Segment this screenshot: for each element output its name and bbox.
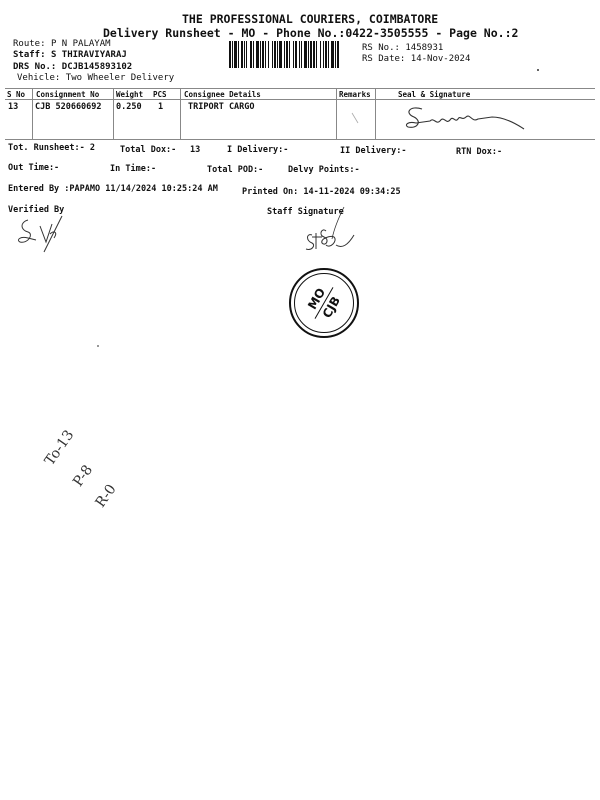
total-pod: Total POD:- bbox=[207, 165, 263, 175]
cell-pcs: 1 bbox=[158, 102, 163, 112]
rs-no-label: RS No.: bbox=[362, 43, 400, 53]
staff-signature bbox=[300, 205, 360, 261]
col-header-weight: Weight bbox=[116, 90, 143, 99]
col-divider bbox=[180, 89, 181, 139]
runsheet-table: S No Consignment No Weight PCS Consignee… bbox=[5, 88, 595, 140]
barcode-bar bbox=[337, 41, 339, 68]
company-title: THE PROFESSIONAL COURIERS, COIMBATORE bbox=[182, 12, 438, 26]
staff-label: Staff: bbox=[13, 50, 46, 60]
printed-on: Printed On: 14-11-2024 09:34:25 bbox=[242, 187, 401, 197]
staff-value: S THIRAVIYARAJ bbox=[51, 50, 127, 60]
note-line-2: P-8 bbox=[70, 462, 96, 489]
col-header-remarks: Remarks bbox=[339, 90, 371, 99]
delvy-points: Delvy Points:- bbox=[288, 165, 360, 175]
barcode bbox=[229, 41, 357, 68]
speck bbox=[97, 345, 99, 347]
i-delivery: I Delivery:- bbox=[227, 145, 288, 155]
handwritten-note: To-13 P-8 R-0 bbox=[30, 410, 160, 530]
rtn-dox: RTN Dox:- bbox=[456, 147, 502, 157]
col-divider bbox=[32, 89, 33, 139]
col-divider bbox=[113, 89, 114, 139]
runsheet-subtitle: Delivery Runsheet - MO - Phone No.:0422-… bbox=[103, 26, 518, 40]
note-line-1: To-13 bbox=[42, 427, 78, 468]
in-time: In Time:- bbox=[110, 164, 156, 174]
speck bbox=[537, 69, 539, 71]
route-info: Route: P N PALAYAM bbox=[13, 39, 111, 49]
staff-info: Staff: S THIRAVIYARAJ bbox=[13, 50, 127, 60]
entered-by: Entered By :PAPAMO 11/14/2024 10:25:24 A… bbox=[8, 184, 218, 194]
header-divider bbox=[5, 99, 595, 100]
cell-sno: 13 bbox=[8, 102, 18, 112]
rs-date-value: 14-Nov-2024 bbox=[411, 54, 471, 64]
rs-no-info: RS No.: 1458931 bbox=[362, 43, 443, 53]
ii-delivery: II Delivery:- bbox=[340, 146, 407, 156]
drs-label: DRS No.: bbox=[13, 62, 56, 72]
drs-info: DRS No.: DCJB145893102 bbox=[13, 62, 132, 72]
route-label: Route: bbox=[13, 39, 46, 49]
vehicle-info: Vehicle: Two Wheeler Delivery bbox=[17, 73, 174, 83]
rs-no-value: 1458931 bbox=[405, 43, 443, 53]
mo-cjb-stamp: MO CJB bbox=[289, 268, 359, 338]
rs-date-info: RS Date: 14-Nov-2024 bbox=[362, 54, 470, 64]
rs-date-label: RS Date: bbox=[362, 54, 405, 64]
col-header-consignee: Consignee Details bbox=[184, 90, 261, 99]
total-dox-value: 13 bbox=[190, 145, 200, 155]
cell-consignment: CJB 520660692 bbox=[35, 102, 102, 112]
col-header-signature: Seal & Signature bbox=[398, 90, 470, 99]
total-dox-label: Total Dox:- bbox=[120, 145, 176, 155]
col-divider bbox=[336, 89, 337, 139]
verified-by-signature bbox=[14, 212, 74, 258]
col-header-consignment: Consignment No bbox=[36, 90, 99, 99]
consignee-signature bbox=[400, 103, 530, 137]
route-value: P N PALAYAM bbox=[51, 39, 111, 49]
cell-consignee: TRIPORT CARGO bbox=[188, 102, 255, 112]
col-divider bbox=[375, 89, 376, 139]
remarks-mark bbox=[350, 111, 362, 127]
note-line-3: R-0 bbox=[93, 482, 120, 511]
vehicle-label: Vehicle: bbox=[17, 73, 60, 83]
drs-value: DCJB145893102 bbox=[62, 62, 132, 72]
col-header-pcs: PCS bbox=[153, 90, 167, 99]
out-time: Out Time:- bbox=[8, 163, 59, 173]
cell-weight: 0.250 bbox=[116, 102, 142, 112]
vehicle-value: Two Wheeler Delivery bbox=[66, 73, 174, 83]
col-header-sno: S No bbox=[7, 90, 25, 99]
tot-runsheet: Tot. Runsheet:- 2 bbox=[8, 143, 95, 153]
